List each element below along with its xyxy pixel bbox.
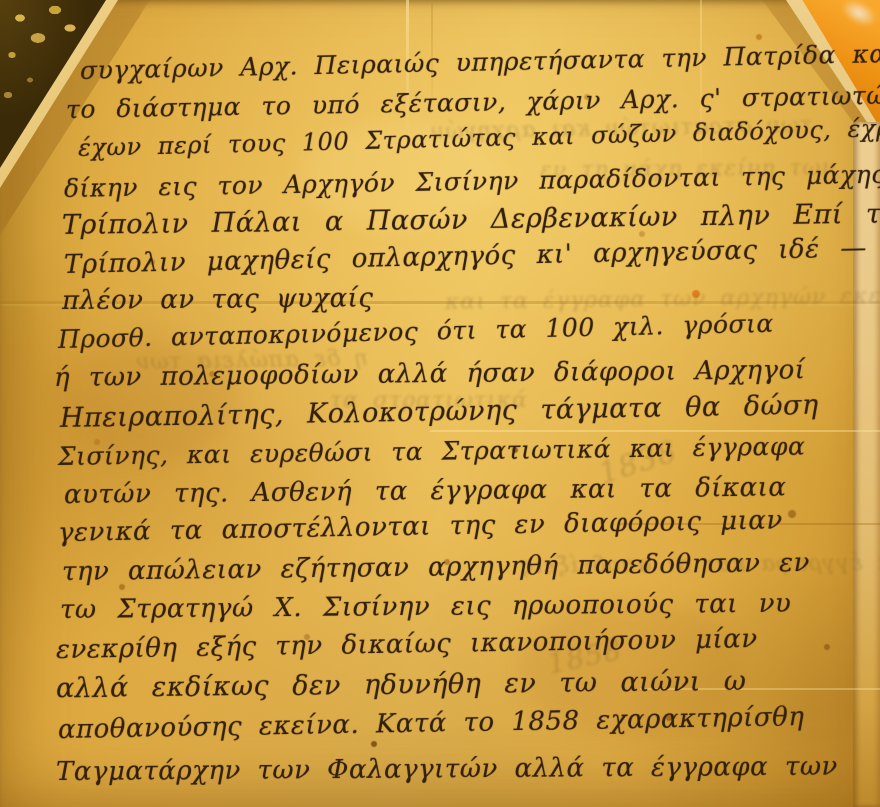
manuscript-photo: των στρατιωτών και αρχηγών εν τη μάχη εκ… — [0, 0, 880, 807]
handwritten-line-8: Προσθ. ανταποκρινόμενος ότι τα 100 χιλ. … — [58, 309, 774, 354]
handwritten-line-15: τω Στρατηγώ Χ. Σισίνην εις ηρωοποιούς τα… — [60, 589, 792, 625]
handwritten-line-17: αλλά εκδίκως δεν ηδυνήθη εν τω αιώνι ω — [56, 666, 747, 704]
handwritten-line-7: πλέον αν τας ψυχαίς — [62, 283, 374, 316]
handwritten-line-4: δίκην εις τον Αρχηγόν Σισίνην παραδίδοντ… — [64, 160, 880, 203]
handwritten-line-14: την απώλειαν εζήτησαν αρχηγηθή παρεδόθησ… — [62, 548, 810, 587]
foxing-spots — [0, 0, 4, 4]
handwritten-line-1: συγχαίρων Αρχ. Πειραιώς υπηρετήσαντα την… — [80, 37, 880, 85]
bleedthrough-line-3: και τα έγγραφα των αρχηγών εκείνων — [445, 283, 880, 315]
handwritten-line-16: ενεκρίθη εξής την δικαίως ικανοποιήσουν … — [56, 624, 758, 665]
handwritten-line-12: αυτών της. Ασθενή τα έγγραφα και τα δίκα… — [64, 472, 787, 510]
handwritten-line-13: γενικά τα αποστέλλονται της εν διαφόροις… — [58, 505, 783, 548]
horizontal-crease — [430, 430, 880, 432]
handwritten-line-10: Ηπειραπολίτης, Κολοκοτρώνης τάγματα θα δ… — [60, 390, 819, 434]
handwritten-line-11: Σισίνης, και ευρεθώσι τα Στρατιωτικά και… — [58, 432, 806, 471]
handwritten-line-6: Τρίπολιν μαχηθείς οπλαρχηγός κι' αρχηγεύ… — [64, 233, 867, 280]
handwritten-line-19: Ταγματάρχην των Φαλαγγιτών αλλά τα έγγρα… — [56, 752, 838, 787]
handwritten-line-18: αποθανούσης εκείνα. Κατά το 1858 εχαρακτ… — [58, 702, 805, 745]
